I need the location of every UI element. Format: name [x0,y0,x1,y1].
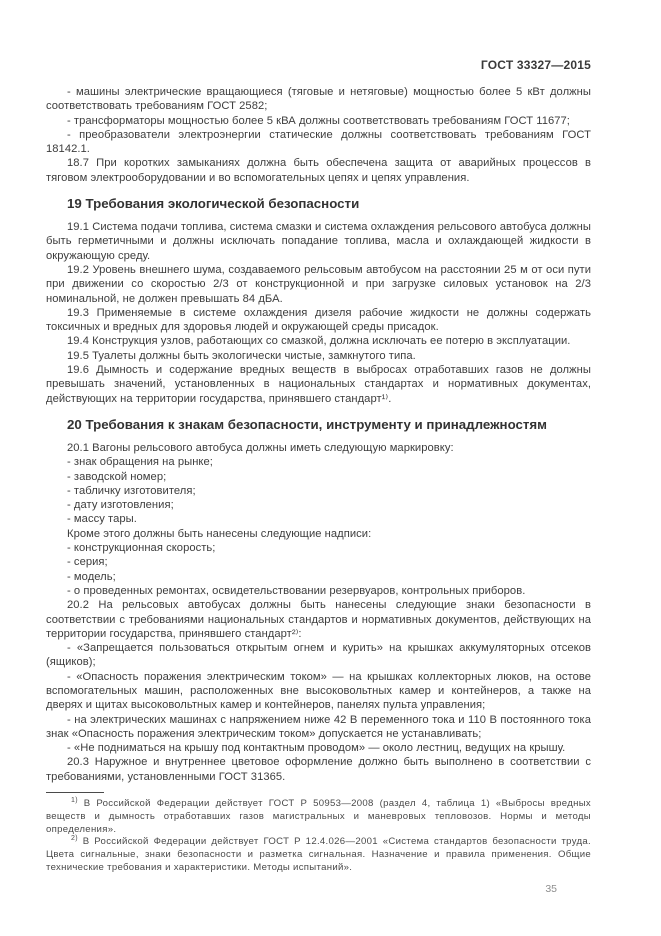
footnote-separator [46,792,104,793]
paragraph: 19.1 Система подачи топлива, система сма… [46,220,591,263]
paragraph: - знак обращения на рынке; [46,455,591,469]
footnote: 1) В Российской Федерации действует ГОСТ… [46,798,591,836]
paragraph: 19.4 Конструкция узлов, работающих со см… [46,334,591,348]
document-title-header: ГОСТ 33327—2015 [46,58,591,73]
paragraph: 20.2 На рельсовых автобусах должны быть … [46,598,591,641]
paragraph: 19.3 Применяемые в системе охлаждения ди… [46,306,591,335]
paragraph: - «Запрещается пользоваться открытым огн… [46,641,591,670]
paragraph: 18.7 При коротких замыканиях должна быть… [46,156,591,185]
paragraph: 19.2 Уровень внешнего шума, создаваемого… [46,263,591,306]
paragraph: - о проведенных ремонтах, освидетельство… [46,584,591,598]
footnotes-section: 1) В Российской Федерации действует ГОСТ… [46,792,591,875]
paragraph: - конструкционная скорость; [46,541,591,555]
paragraph: - «Не подниматься на крышу под контактны… [46,741,591,755]
paragraph: - модель; [46,570,591,584]
paragraph: - заводской номер; [46,470,591,484]
paragraph: 19.5 Туалеты должны быть экологически чи… [46,349,591,363]
paragraph: - серия; [46,555,591,569]
footnote-marker: 2) [71,835,78,842]
paragraph: - дату изготовления; [46,498,591,512]
footnote-marker: 1) [71,797,78,804]
paragraph: 20.1 Вагоны рельсового автобуса должны и… [46,441,591,455]
paragraph: Кроме этого должны быть нанесены следующ… [46,527,591,541]
document-page: ГОСТ 33327—2015 - машины электрические в… [0,0,661,936]
section-heading: 20 Требования к знакам безопасности, инс… [46,417,591,433]
paragraph: - на электрических машинах с напряжением… [46,713,591,742]
section-heading: 19 Требования экологической безопасности [46,196,591,212]
page-number: 35 [46,883,591,895]
footnote: 2) В Российской Федерации действует ГОСТ… [46,836,591,874]
paragraph: - «Опасность поражения электрическим ток… [46,670,591,713]
paragraph: - трансформаторы мощностью более 5 кВА д… [46,114,591,128]
footnote-list: 1) В Российской Федерации действует ГОСТ… [46,798,591,875]
paragraph: 19.6 Дымность и содержание вредных вещес… [46,363,591,406]
paragraph: - машины электрические вращающиеся (тяго… [46,85,591,114]
paragraph: - преобразователи электроэнергии статиче… [46,128,591,157]
document-body: - машины электрические вращающиеся (тяго… [46,85,591,784]
paragraph: 20.3 Наружное и внутреннее цветовое офор… [46,755,591,784]
paragraph: - табличку изготовителя; [46,484,591,498]
paragraph: - массу тары. [46,512,591,526]
